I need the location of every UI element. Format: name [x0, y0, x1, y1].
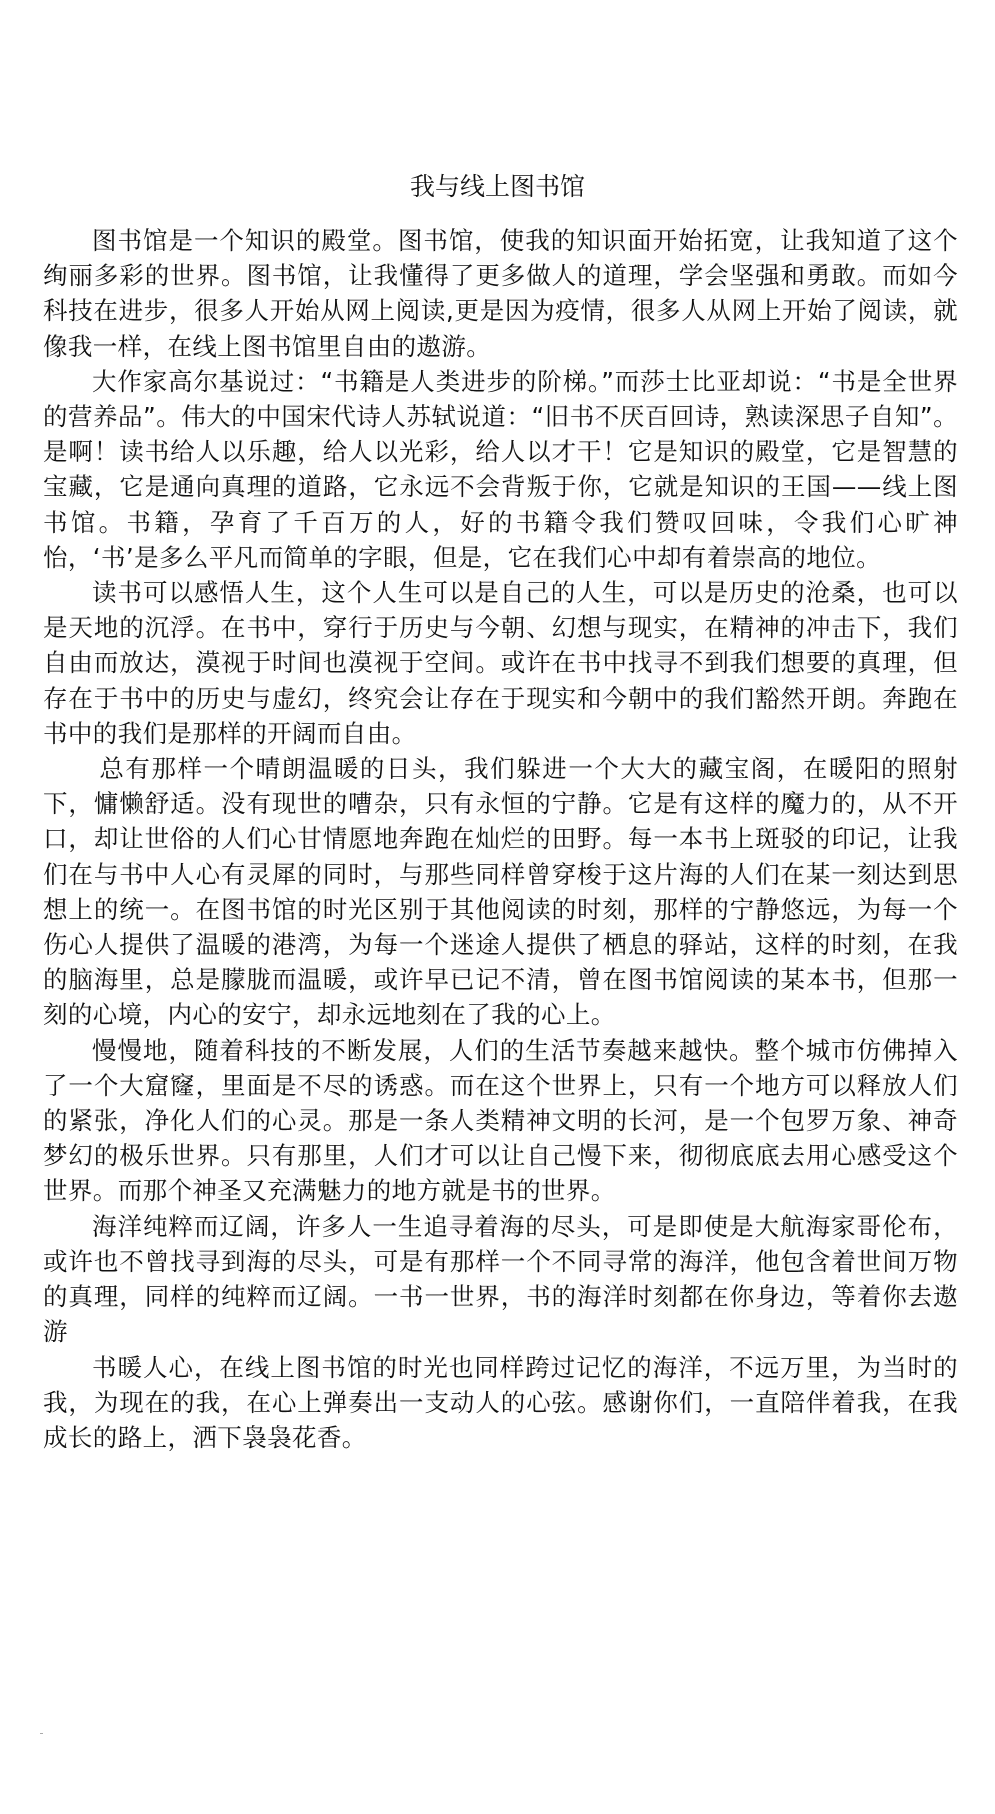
document-body: 图书馆是一个知识的殿堂。图书馆，使我的知识面开始拓宽，让我知道了这个绚丽多彩的世…: [43, 223, 958, 1455]
paragraph-7: 书暖人心，在线上图书馆的时光也同样跨过记忆的海洋，不远万里，为当时的我，为现在的…: [43, 1350, 958, 1456]
document-page: 我与线上图书馆 图书馆是一个知识的殿堂。图书馆，使我的知识面开始拓宽，让我知道了…: [0, 0, 995, 1814]
paragraph-4: 总有那样一个晴朗温暖的日头，我们躲进一个大大的藏宝阁，在暖阳的照射下，慵懒舒适。…: [43, 751, 958, 1033]
scan-artifact-dot: [40, 1733, 43, 1734]
paragraph-3: 读书可以感悟人生，这个人生可以是自己的人生，可以是历史的沧桑，也可以是天地的沉浮…: [43, 575, 958, 751]
paragraph-6: 海洋纯粹而辽阔，许多人一生追寻着海的尽头，可是即使是大航海家哥伦布，或许也不曾找…: [43, 1209, 958, 1350]
paragraph-1: 图书馆是一个知识的殿堂。图书馆，使我的知识面开始拓宽，让我知道了这个绚丽多彩的世…: [43, 223, 958, 364]
paragraph-2: 大作家高尔基说过：“书籍是人类进步的阶梯。”而莎士比亚却说：“书是全世界的营养品…: [43, 364, 958, 575]
document-title: 我与线上图书馆: [0, 170, 995, 204]
paragraph-5: 慢慢地，随着科技的不断发展，人们的生活节奏越来越快。整个城市仿佛掉入了一个大窟窿…: [43, 1033, 958, 1209]
